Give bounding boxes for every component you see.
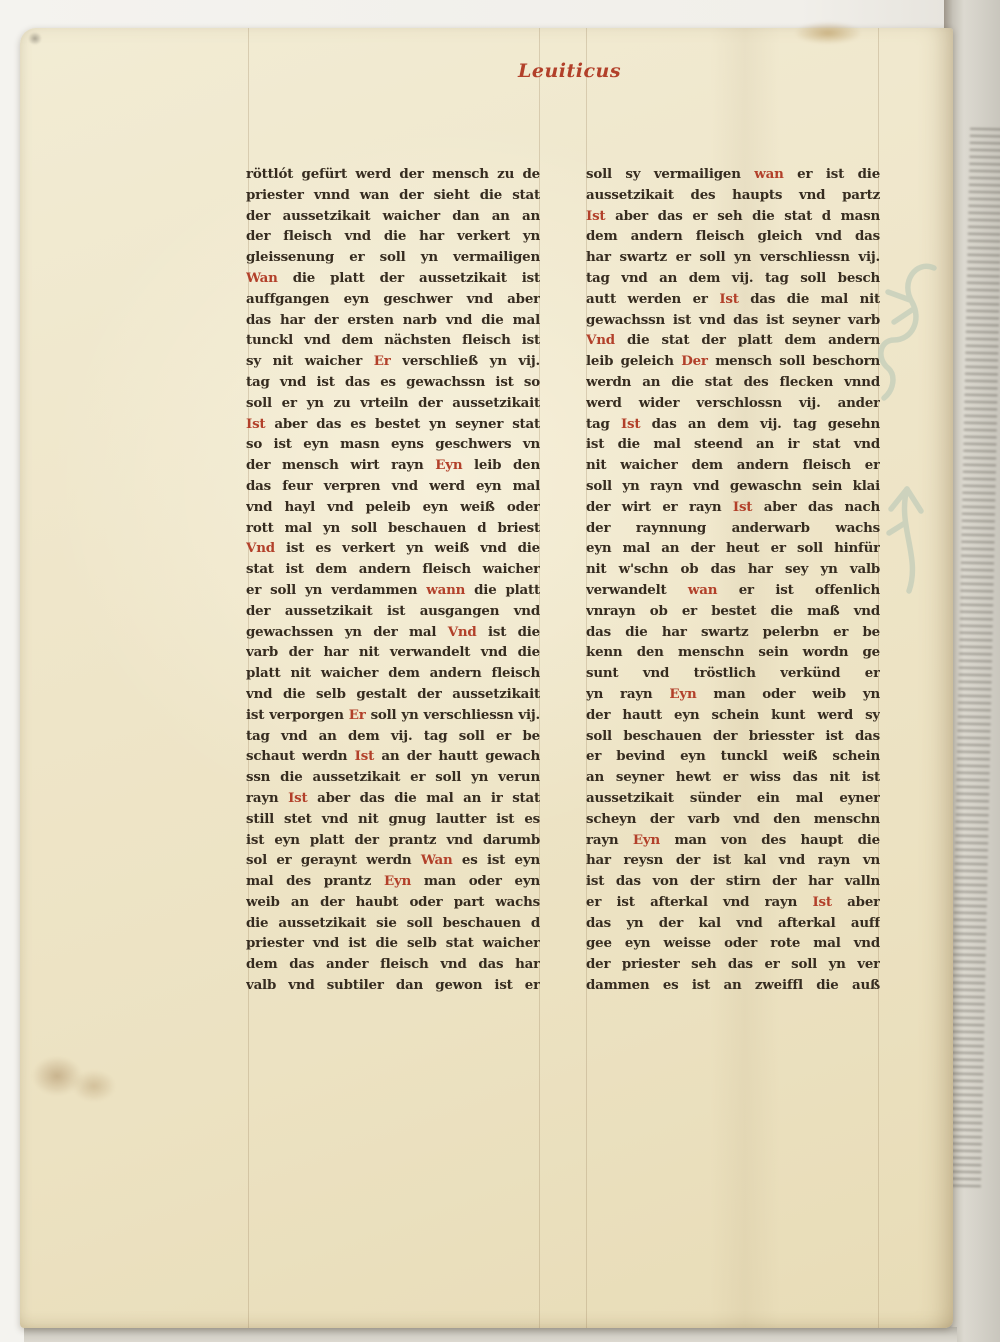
ink-text: das an dem vij. tag gesehn bbox=[640, 416, 880, 432]
text-line: varb der har nit verwandelt vnd die bbox=[246, 642, 540, 663]
rubricated-capital: Ist bbox=[288, 790, 307, 806]
ink-text: an der hautt gewach bbox=[374, 748, 540, 764]
ink-text: ist es verkert yn weiß vnd die bbox=[275, 540, 540, 556]
ink-text: aber das es bestet yn seyner stat bbox=[265, 416, 540, 432]
text-line: an seyner hewt er wiss das nit ist bbox=[586, 767, 880, 788]
text-line: nit w'schn ob das har sey yn valb bbox=[586, 559, 880, 580]
text-line: rott mal yn soll beschauen d briest bbox=[246, 518, 540, 539]
text-line: tag vnd an dem vij. tag soll besch bbox=[586, 268, 880, 289]
ink-text: werdn an die stat des flecken vnnd bbox=[586, 374, 880, 390]
ink-text: leib geleich bbox=[586, 353, 681, 369]
ink-text: still stet vnd nit gnug lautter ist es bbox=[246, 811, 540, 827]
text-line: werd wider verschlossn vij. ander bbox=[586, 393, 880, 414]
text-line: valb vnd subtiler dan gewon ist er bbox=[246, 975, 540, 996]
ink-text: verwandelt bbox=[586, 582, 688, 598]
rubricated-capital: Ist bbox=[246, 416, 265, 432]
text-line: nit waicher dem andern fleisch er bbox=[586, 455, 880, 476]
ink-text: gewachssn ist vnd das ist seyner varb bbox=[586, 312, 880, 328]
ink-text: man oder weib yn bbox=[697, 686, 880, 702]
ink-text: die aussetzikait sie soll beschauen d bbox=[246, 915, 540, 931]
text-line: Ist aber das er seh die stat d masn bbox=[586, 206, 880, 227]
ink-text: der mensch wirt rayn bbox=[246, 457, 435, 473]
text-line: still stet vnd nit gnug lautter ist es bbox=[246, 809, 540, 830]
ink-text: priester vnd ist die selb stat waicher bbox=[246, 935, 540, 951]
text-line: dammen es ist an zweiffl die auß bbox=[586, 975, 880, 996]
parchment-stain bbox=[795, 22, 861, 44]
text-line: der raynnung anderwarb wachs bbox=[586, 518, 880, 539]
ink-text: har reysn der ist kal vnd rayn vn bbox=[586, 852, 880, 868]
text-line: er bevind eyn tunckl weiß schein bbox=[586, 746, 880, 767]
text-line: rayn Eyn man von des haupt die bbox=[586, 830, 880, 851]
ink-text: er bevind eyn tunckl weiß schein bbox=[586, 748, 880, 764]
text-line: tag vnd an dem vij. tag soll er be bbox=[246, 726, 540, 747]
ink-text: es ist eyn bbox=[453, 852, 540, 868]
ink-text: die platt bbox=[465, 582, 540, 598]
ink-text: ist die mal steend an ir stat vnd bbox=[586, 436, 880, 452]
text-line: der priester seh das er soll yn ver bbox=[586, 954, 880, 975]
text-line: Vnd ist es verkert yn weiß vnd die bbox=[246, 538, 540, 559]
text-line: gewachssn ist vnd das ist seyner varb bbox=[586, 310, 880, 331]
ink-text: scheyn der varb vnd den menschn bbox=[586, 811, 880, 827]
text-line: das har der ersten narb vnd die mal bbox=[246, 310, 540, 331]
adjacent-page-text bbox=[948, 128, 1000, 1188]
rubricated-capital: Der bbox=[681, 353, 708, 369]
ink-text: der fleisch vnd die har verkert yn bbox=[246, 228, 540, 244]
ink-text: nit w'schn ob das har sey yn valb bbox=[586, 561, 880, 577]
lower-page-edge bbox=[24, 1327, 957, 1342]
rubricated-capital: Wan bbox=[421, 852, 453, 868]
ink-text: tag bbox=[586, 416, 621, 432]
text-line: ssn die aussetzikait er soll yn verun bbox=[246, 767, 540, 788]
ink-text: rayn bbox=[246, 790, 288, 806]
ink-text: aussetzikait des haupts vnd partz bbox=[586, 187, 880, 203]
text-line: gee eyn weisse oder rote mal vnd bbox=[586, 933, 880, 954]
ink-text: soll sy vermailigen bbox=[586, 166, 754, 182]
text-line: scheyn der varb vnd den menschn bbox=[586, 809, 880, 830]
ink-text: so ist eyn masn eyns geschwers vn bbox=[246, 436, 540, 452]
ink-text: soll beschauen der briesster ist das bbox=[586, 728, 880, 744]
ink-text: ssn die aussetzikait er soll yn verun bbox=[246, 769, 540, 785]
text-line: aussetzikait des haupts vnd partz bbox=[586, 185, 880, 206]
ink-text: priester vnnd wan der sieht die stat bbox=[246, 187, 540, 203]
rubricated-capital: Ist bbox=[586, 208, 605, 224]
ink-text: man von des haupt die bbox=[660, 832, 880, 848]
text-line: tag vnd ist das es gewachssn ist so bbox=[246, 372, 540, 393]
folio-smudge bbox=[28, 32, 42, 45]
ink-text: aber das die mal an ir stat bbox=[307, 790, 540, 806]
ink-text: das yn der kal vnd afterkal auff bbox=[586, 915, 880, 931]
ink-text: tunckl vnd dem nächsten fleisch ist bbox=[246, 332, 540, 348]
rubricated-capital: Ist bbox=[621, 416, 640, 432]
ink-text: vnd die selb gestalt der aussetzikait bbox=[246, 686, 540, 702]
ink-text: tag vnd an dem vij. tag soll besch bbox=[586, 270, 880, 286]
rubricated-capital: Eyn bbox=[384, 873, 411, 889]
text-line: röttlót gefürt werd der mensch zu de bbox=[246, 164, 540, 185]
ink-text: eyn mal an der heut er soll hinfür bbox=[586, 540, 880, 556]
ink-text: leib den bbox=[462, 457, 540, 473]
text-line: ist eyn platt der prantz vnd darumb bbox=[246, 830, 540, 851]
rubricated-capital: Eyn bbox=[669, 686, 696, 702]
text-line: har swartz er soll yn verschliessn vij. bbox=[586, 247, 880, 268]
text-line: aussetzikait sünder ein mal eyner bbox=[586, 788, 880, 809]
text-line: gleissenung er soll yn vermailigen bbox=[246, 247, 540, 268]
ink-text: das die har swartz pelerbn er be bbox=[586, 624, 880, 640]
text-line: platt nit waicher dem andern fleisch bbox=[246, 663, 540, 684]
text-line: soll beschauen der briesster ist das bbox=[586, 726, 880, 747]
rubricated-capital: Ist bbox=[355, 748, 374, 764]
rubricated-capital: Er bbox=[374, 353, 391, 369]
text-line: soll er yn zu vrteiln der aussetzikait bbox=[246, 393, 540, 414]
text-line: eyn mal an der heut er soll hinfür bbox=[586, 538, 880, 559]
rubricated-capital: Vnd bbox=[246, 540, 275, 556]
text-line: sy nit waicher Er verschließ yn vij. bbox=[246, 351, 540, 372]
ink-text: aber das nach bbox=[752, 499, 880, 515]
ink-text: der raynnung anderwarb wachs bbox=[586, 520, 880, 536]
manuscript-photo: Leuiticus röttlót gefürt werd der mensch… bbox=[0, 0, 1000, 1342]
rubricated-capital: Eyn bbox=[633, 832, 660, 848]
pen-flourish-icon bbox=[875, 453, 937, 595]
text-line: der wirt er rayn Ist aber das nach bbox=[586, 497, 880, 518]
text-line: er ist afterkal vnd rayn Ist aber bbox=[586, 892, 880, 913]
ink-text: der hautt eyn schein kunt werd sy bbox=[586, 707, 880, 723]
ink-text: aber das er seh die stat d masn bbox=[605, 208, 880, 224]
ink-text: auffgangen eyn geschwer vnd aber bbox=[246, 291, 540, 307]
ink-text: röttlót gefürt werd der mensch zu de bbox=[246, 166, 540, 182]
ink-text: tag vnd an dem vij. tag soll er be bbox=[246, 728, 540, 744]
text-line: soll sy vermailigen wan er ist die bbox=[586, 164, 880, 185]
parchment-page: Leuiticus röttlót gefürt werd der mensch… bbox=[20, 28, 953, 1328]
rubricated-capital: Wan bbox=[246, 270, 278, 286]
pen-flourish-icon bbox=[870, 256, 950, 411]
ink-text: an seyner hewt er wiss das nit ist bbox=[586, 769, 880, 785]
ink-text: der priester seh das er soll yn ver bbox=[586, 956, 880, 972]
rubricated-capital: Ist bbox=[719, 291, 738, 307]
text-line: der fleisch vnd die har verkert yn bbox=[246, 226, 540, 247]
ink-text: rayn bbox=[586, 832, 633, 848]
text-line: ist das von der stirn der har valln bbox=[586, 871, 880, 892]
text-column-left: röttlót gefürt werd der mensch zu deprie… bbox=[246, 164, 540, 996]
rubricated-capital: Er bbox=[349, 707, 366, 723]
ink-text: soll er yn zu vrteiln der aussetzikait bbox=[246, 395, 540, 411]
rubricated-capital: Ist bbox=[812, 894, 831, 910]
text-line: das yn der kal vnd afterkal auff bbox=[586, 913, 880, 934]
ink-text: nit waicher dem andern fleisch er bbox=[586, 457, 880, 473]
text-line: yn rayn Eyn man oder weib yn bbox=[586, 684, 880, 705]
parchment-stain bbox=[32, 1056, 82, 1096]
ink-text: er ist afterkal vnd rayn bbox=[586, 894, 812, 910]
ink-text: der aussetzikait waicher dan an an bbox=[246, 208, 540, 224]
text-line: mal des prantz Eyn man oder eyn bbox=[246, 871, 540, 892]
ink-text: soll yn verschliessn vij. bbox=[366, 707, 540, 723]
text-line: sol er geraynt werdn Wan es ist eyn bbox=[246, 850, 540, 871]
ink-text: gewachssen yn der mal bbox=[246, 624, 448, 640]
ink-text: verschließ yn vij. bbox=[391, 353, 540, 369]
ink-text: die platt der aussetzikait ist bbox=[278, 270, 540, 286]
text-line: der aussetzikait waicher dan an an bbox=[246, 206, 540, 227]
text-line: soll yn rayn vnd gewaschn sein klai bbox=[586, 476, 880, 497]
ink-text: rott mal yn soll beschauen d briest bbox=[246, 520, 540, 536]
ink-text: autt werden er bbox=[586, 291, 719, 307]
text-line: vnrayn ob er bestet die maß vnd bbox=[586, 601, 880, 622]
ink-text: er soll yn verdammen bbox=[246, 582, 426, 598]
text-line: ist die mal steend an ir stat vnd bbox=[586, 434, 880, 455]
text-line: auffgangen eyn geschwer vnd aber bbox=[246, 289, 540, 310]
ink-text: mal des prantz bbox=[246, 873, 384, 889]
text-line: priester vnd ist die selb stat waicher bbox=[246, 933, 540, 954]
ink-text: gleissenung er soll yn vermailigen bbox=[246, 249, 540, 265]
rubricated-capital: wann bbox=[426, 582, 465, 598]
ink-text: dem das ander fleisch vnd das har bbox=[246, 956, 540, 972]
ink-text: tag vnd ist das es gewachssn ist so bbox=[246, 374, 540, 390]
parchment-stain bbox=[72, 1070, 116, 1102]
text-line: das feur verpren vnd werd eyn mal bbox=[246, 476, 540, 497]
text-line: so ist eyn masn eyns geschwers vn bbox=[246, 434, 540, 455]
text-line: verwandelt wan er ist offenlich bbox=[586, 580, 880, 601]
ink-text: der wirt er rayn bbox=[586, 499, 733, 515]
text-line: werdn an die stat des flecken vnnd bbox=[586, 372, 880, 393]
text-line: tag Ist das an dem vij. tag gesehn bbox=[586, 414, 880, 435]
text-line: autt werden er Ist das die mal nit bbox=[586, 289, 880, 310]
ink-text: har swartz er soll yn verschliessn vij. bbox=[586, 249, 880, 265]
text-line: dem das ander fleisch vnd das har bbox=[246, 954, 540, 975]
ink-text: valb vnd subtiler dan gewon ist er bbox=[246, 977, 540, 993]
ink-text: schaut werdn bbox=[246, 748, 355, 764]
text-line: Wan die platt der aussetzikait ist bbox=[246, 268, 540, 289]
ink-text: er ist offenlich bbox=[717, 582, 880, 598]
ink-text: das die mal nit bbox=[739, 291, 880, 307]
text-line: ist verporgen Er soll yn verschliessn vi… bbox=[246, 705, 540, 726]
ink-text: werd wider verschlossn vij. ander bbox=[586, 395, 880, 411]
ink-text: man oder eyn bbox=[411, 873, 540, 889]
ink-text: sol er geraynt werdn bbox=[246, 852, 421, 868]
text-line: er soll yn verdammen wann die platt bbox=[246, 580, 540, 601]
ink-text: sy nit waicher bbox=[246, 353, 374, 369]
ink-text: ist die bbox=[477, 624, 540, 640]
text-line: Vnd die stat der platt dem andern bbox=[586, 330, 880, 351]
text-line: Ist aber das es bestet yn seyner stat bbox=[246, 414, 540, 435]
ink-text: mensch soll beschorn bbox=[708, 353, 880, 369]
ink-text: weib an der haubt oder part wachs bbox=[246, 894, 540, 910]
ink-text: yn rayn bbox=[586, 686, 669, 702]
text-line: gewachssen yn der mal Vnd ist die bbox=[246, 622, 540, 643]
running-title: Leuiticus bbox=[518, 60, 638, 82]
text-line: har reysn der ist kal vnd rayn vn bbox=[586, 850, 880, 871]
text-line: dem andern fleisch gleich vnd das bbox=[586, 226, 880, 247]
text-line: schaut werdn Ist an der hautt gewach bbox=[246, 746, 540, 767]
text-line: der aussetzikait ist ausgangen vnd bbox=[246, 601, 540, 622]
ink-text: ist verporgen bbox=[246, 707, 349, 723]
ink-text: platt nit waicher dem andern fleisch bbox=[246, 665, 540, 681]
ink-text: vnd hayl vnd peleib eyn weiß oder bbox=[246, 499, 540, 515]
ink-text: kenn den menschn sein wordn ge bbox=[586, 644, 880, 660]
ink-text: der aussetzikait ist ausgangen vnd bbox=[246, 603, 540, 619]
text-line: der hautt eyn schein kunt werd sy bbox=[586, 705, 880, 726]
ink-text: das har der ersten narb vnd die mal bbox=[246, 312, 540, 328]
rubricated-capital: Ist bbox=[733, 499, 752, 515]
text-line: vnd hayl vnd peleib eyn weiß oder bbox=[246, 497, 540, 518]
text-line: sunt vnd tröstlich verkünd er bbox=[586, 663, 880, 684]
ink-text: vnrayn ob er bestet die maß vnd bbox=[586, 603, 880, 619]
ink-text: er ist die bbox=[784, 166, 880, 182]
text-line: leib geleich Der mensch soll beschorn bbox=[586, 351, 880, 372]
rubricated-capital: wan bbox=[754, 166, 783, 182]
rubricated-capital: Vnd bbox=[448, 624, 477, 640]
text-line: die aussetzikait sie soll beschauen d bbox=[246, 913, 540, 934]
ink-text: varb der har nit verwandelt vnd die bbox=[246, 644, 540, 660]
text-line: tunckl vnd dem nächsten fleisch ist bbox=[246, 330, 540, 351]
ink-text: aber bbox=[832, 894, 880, 910]
text-line: vnd die selb gestalt der aussetzikait bbox=[246, 684, 540, 705]
ink-text: aussetzikait sünder ein mal eyner bbox=[586, 790, 880, 806]
ink-text: das feur verpren vnd werd eyn mal bbox=[246, 478, 540, 494]
ink-text: gee eyn weisse oder rote mal vnd bbox=[586, 935, 880, 951]
text-line: das die har swartz pelerbn er be bbox=[586, 622, 880, 643]
text-line: stat ist dem andern fleisch waicher bbox=[246, 559, 540, 580]
ink-text: die stat der platt dem andern bbox=[615, 332, 880, 348]
text-column-right: soll sy vermailigen wan er ist dieausset… bbox=[586, 164, 880, 996]
ink-text: ist eyn platt der prantz vnd darumb bbox=[246, 832, 540, 848]
ink-text: dem andern fleisch gleich vnd das bbox=[586, 228, 880, 244]
text-line: der mensch wirt rayn Eyn leib den bbox=[246, 455, 540, 476]
ink-text: soll yn rayn vnd gewaschn sein klai bbox=[586, 478, 880, 494]
ink-text: sunt vnd tröstlich verkünd er bbox=[586, 665, 880, 681]
rubricated-capital: Eyn bbox=[435, 457, 462, 473]
rubricated-capital: wan bbox=[688, 582, 717, 598]
text-line: kenn den menschn sein wordn ge bbox=[586, 642, 880, 663]
ink-text: dammen es ist an zweiffl die auß bbox=[586, 977, 880, 993]
ink-text: ist das von der stirn der har valln bbox=[586, 873, 880, 889]
text-line: weib an der haubt oder part wachs bbox=[246, 892, 540, 913]
rubricated-capital: Vnd bbox=[586, 332, 615, 348]
text-line: priester vnnd wan der sieht die stat bbox=[246, 185, 540, 206]
text-line: rayn Ist aber das die mal an ir stat bbox=[246, 788, 540, 809]
ink-text: stat ist dem andern fleisch waicher bbox=[246, 561, 540, 577]
